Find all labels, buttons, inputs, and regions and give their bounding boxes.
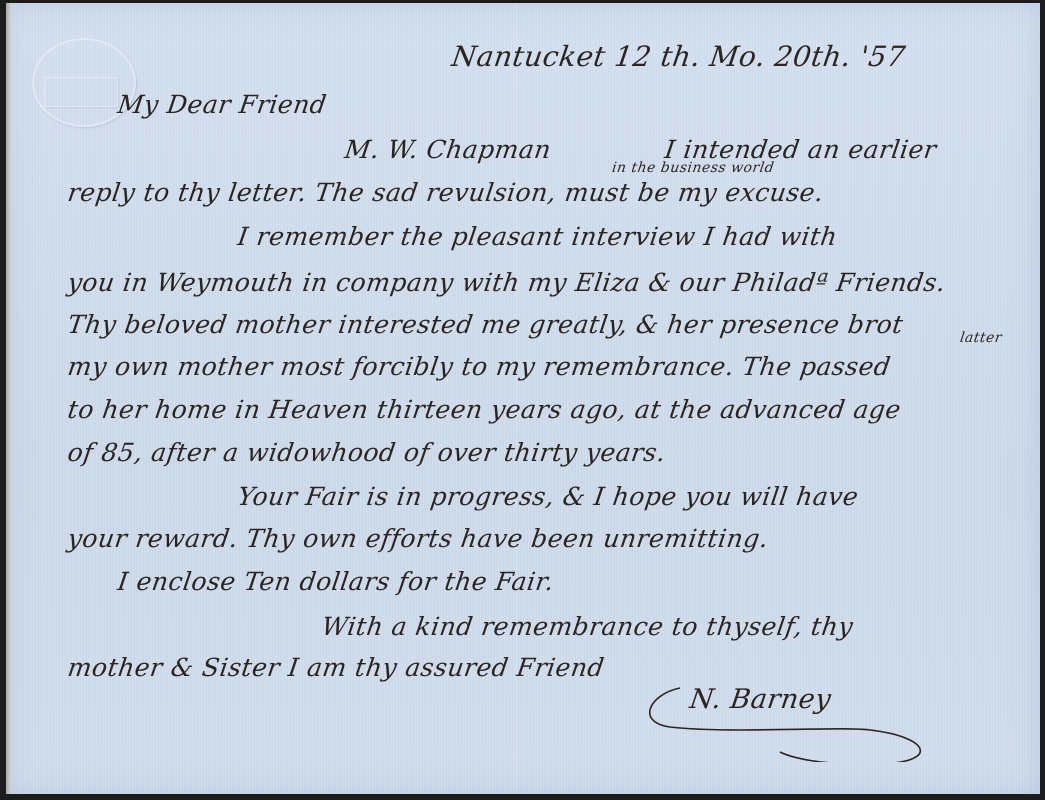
- letter-line-3: I remember the pleasant interview I had …: [236, 222, 839, 251]
- paper-edge: [6, 3, 11, 794]
- letter-line-5: Thy beloved mother interested me greatly…: [66, 310, 905, 339]
- letter-line-2: reply to thy letter. The sad revulsion, …: [66, 178, 826, 207]
- letter-line-10: your reward. Thy own efforts have been u…: [66, 524, 770, 553]
- letter-line-11: I enclose Ten dollars for the Fair.: [116, 567, 556, 596]
- addressee: M. W. Chapman: [343, 135, 553, 164]
- signature-flourish-icon: [640, 682, 960, 762]
- letter-line-7: to her home in Heaven thirteen years ago…: [66, 395, 903, 424]
- letter-line-4: you in Weymouth in company with my Eliza…: [66, 268, 948, 297]
- dateline: Nantucket 12 th. Mo. 20th. '57: [450, 40, 908, 73]
- insertion-business-world: in the business world: [611, 160, 775, 176]
- letter-line-9: Your Fair is in progress, & I hope you w…: [236, 482, 860, 511]
- insertion-latter: latter: [959, 330, 1003, 346]
- salutation: My Dear Friend: [116, 90, 329, 119]
- letter-line-12: With a kind remembrance to thyself, thy: [320, 612, 855, 641]
- embossed-stamp-building-icon: [44, 77, 118, 107]
- letter-line-6: my own mother most forcibly to my rememb…: [66, 352, 893, 381]
- letter-line-8: of 85, after a widowhood of over thirty …: [66, 438, 668, 467]
- letter-line-13: mother & Sister I am thy assured Friend: [66, 653, 606, 682]
